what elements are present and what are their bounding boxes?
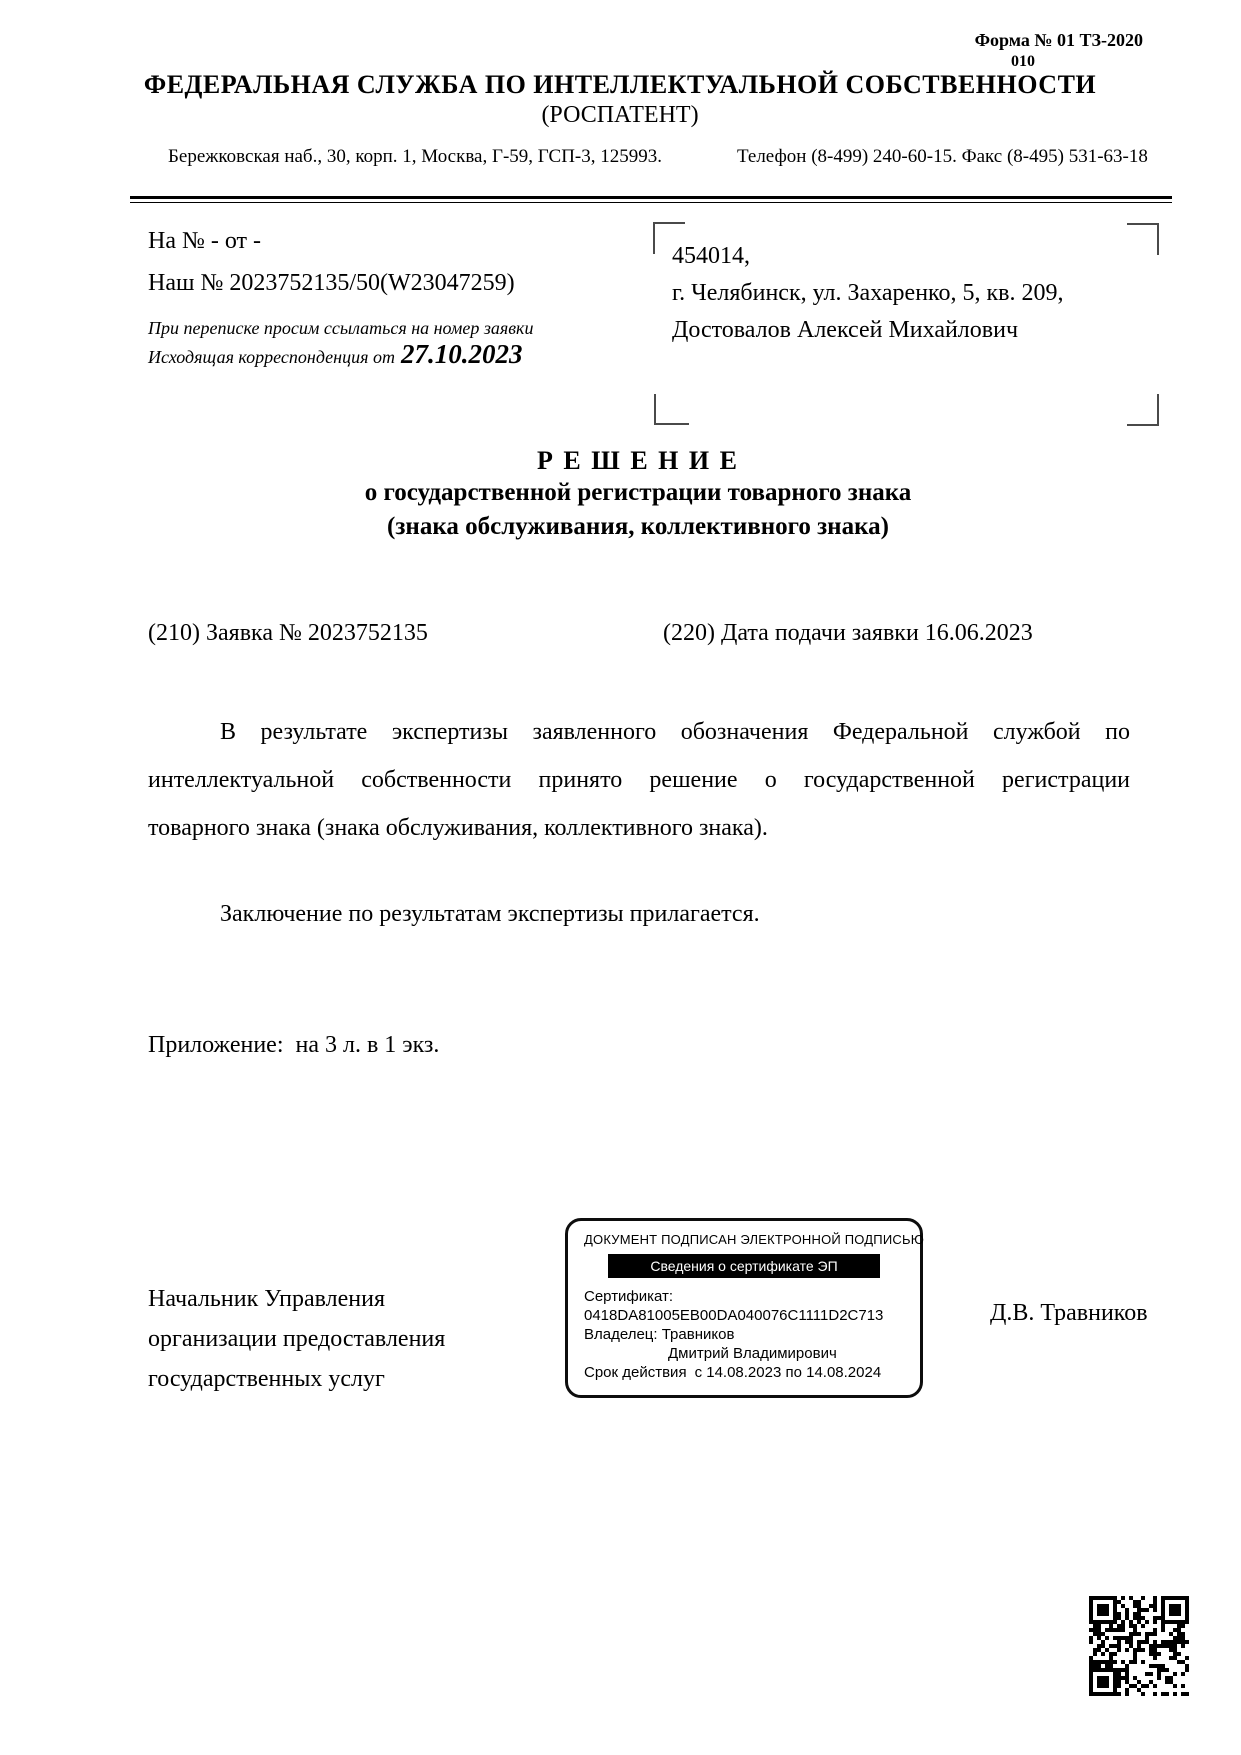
form-number: Форма № 01 ТЗ-2020 [975, 30, 1143, 51]
address-window-corner-top-right [1127, 223, 1159, 255]
outgoing-correspondence-line: Исходящая корреспонденция от27.10.2023 [148, 339, 522, 370]
paragraph-line: товарного знака (знака обслуживания, кол… [148, 804, 1130, 852]
certificate-number: 0418DA81005EB00DA040076C1111D2C713 [584, 1306, 904, 1325]
application-filing-date-field: (220) Дата подачи заявки 16.06.2023 [663, 620, 1033, 647]
address-window-corner-bottom-right [1127, 394, 1159, 426]
paragraph-line: В результате экспертизы заявленного обоз… [148, 708, 1130, 756]
decision-subtitle-2: (знака обслуживания, коллективного знака… [148, 510, 1128, 544]
owner-label: Владелец: [584, 1326, 658, 1343]
owner-surname: Травников [662, 1326, 735, 1343]
header-divider-rule [130, 196, 1172, 203]
decision-subtitle-1: о государственной регистрации товарного … [148, 476, 1128, 510]
outgoing-date: 27.10.2023 [401, 339, 523, 369]
outgoing-label: Исходящая корреспонденция от [148, 347, 395, 367]
our-number-line: Наш № 2023752135/50(W23047259) [148, 270, 515, 297]
signer-position-line: организации предоставления [148, 1319, 445, 1359]
document-page: Форма № 01 ТЗ-2020 010 ФЕДЕРАЛЬНАЯ СЛУЖБ… [0, 0, 1241, 1755]
recipient-postcode: 454014, [672, 238, 1063, 275]
signer-position-line: Начальник Управления [148, 1279, 445, 1319]
form-number-block: Форма № 01 ТЗ-2020 010 [975, 30, 1143, 71]
conclusion-line: Заключение по результатам экспертизы при… [220, 901, 760, 928]
owner-given-names: Дмитрий Владимирович [584, 1344, 904, 1363]
phone-fax: Телефон (8-499) 240-60-15. Факс (8-495) … [737, 146, 1148, 168]
body-paragraph: В результате экспертизы заявленного обоз… [148, 708, 1130, 852]
e-signature-stamp: ДОКУМЕНТ ПОДПИСАН ЭЛЕКТРОННОЙ ПОДПИСЬЮ С… [565, 1218, 923, 1398]
org-name: ФЕДЕРАЛЬНАЯ СЛУЖБА ПО ИНТЕЛЛЕКТУАЛЬНОЙ С… [120, 70, 1120, 100]
application-number-field: (210) Заявка № 2023752135 [148, 620, 428, 647]
validity-period: с 14.08.2023 по 14.08.2024 [695, 1364, 882, 1381]
signer-position-block: Начальник Управления организации предост… [148, 1279, 445, 1399]
recipient-address: г. Челябинск, ул. Захаренко, 5, кв. 209, [672, 275, 1063, 312]
attachment-line: Приложение: на 3 л. в 1 экз. [148, 1032, 439, 1059]
decision-title-block: Р Е Ш Е Н И Е о государственной регистра… [148, 446, 1128, 544]
paragraph-line: интеллектуальной собственности принято р… [148, 756, 1130, 804]
recipient-block: 454014, г. Челябинск, ул. Захаренко, 5, … [672, 238, 1063, 349]
validity-line: Срок действияс 14.08.2023 по 14.08.2024 [584, 1363, 904, 1382]
postal-address: Бережковская наб., 30, корп. 1, Москва, … [168, 146, 662, 168]
in-reply-line: На № - от - [148, 228, 261, 255]
recipient-name: Достовалов Алексей Михайлович [672, 312, 1063, 349]
correspondence-note: При переписке просим ссылаться на номер … [148, 318, 533, 339]
signer-name: Д.В. Травников [990, 1300, 1148, 1327]
certificate-info-button: Сведения о сертификате ЭП [608, 1254, 880, 1278]
form-code: 010 [975, 53, 1143, 71]
org-short-name: (РОСПАТЕНТ) [120, 102, 1120, 129]
address-window-corner-bottom-left [654, 394, 689, 425]
qr-code-icon [1087, 1594, 1191, 1698]
decision-title: Р Е Ш Е Н И Е [148, 446, 1128, 476]
validity-label: Срок действия [584, 1364, 687, 1381]
signer-position-line: государственных услуг [148, 1359, 445, 1399]
stamp-title: ДОКУМЕНТ ПОДПИСАН ЭЛЕКТРОННОЙ ПОДПИСЬЮ [584, 1232, 904, 1247]
owner-line: Владелец: Травников [584, 1325, 904, 1344]
certificate-label: Сертификат: [584, 1287, 904, 1306]
